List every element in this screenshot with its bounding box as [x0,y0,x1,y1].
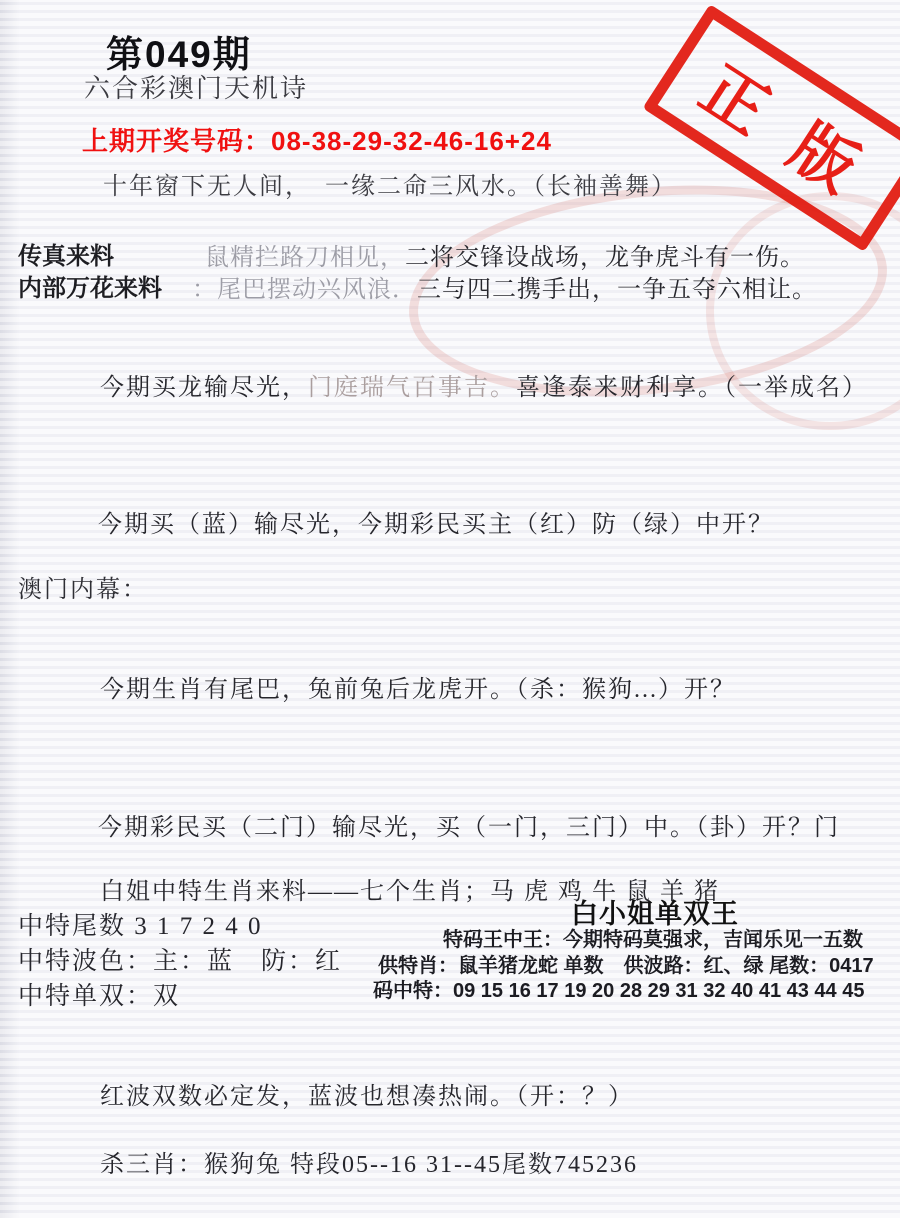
special-tail-numbers: 中特尾数 3 1 7 2 4 0 [18,906,263,942]
special-odd-even: 中特单双：双 [18,976,180,1012]
special-wave-color: 中特波色：主：蓝 防：红 [18,941,342,977]
tip-dragon-faded: 门庭瑞气百事吉。 [308,375,516,401]
internal-material-label: 内部万花来料 [18,268,162,303]
tip-color-line: 今期买（蓝）输尽光，今期彩民买主（红）防（绿）中开？ [98,504,774,539]
internal-text-faded-part: ：尾巴摆动兴风浪． [192,277,417,303]
tip-dragon-a: 今期买龙输尽光， [100,375,308,401]
internal-text-clear-part: 三与四二携手出，一争五夺六相让。 [417,277,817,303]
tip-zodiac-line: 今期生肖有尾巴，兔前兔后龙虎开。（杀：猴狗...）开？ [100,669,736,704]
heavenly-poem-line: 十年窗下无人间， 一缘二命三风水。（长袖善舞） [103,166,677,201]
last-draw-numbers: 上期开奖号码：08-38-29-32-46-16+24 [82,121,552,158]
special-code-king-line: 特码王中王：今期特码莫强求，吉闻乐见一五数 [443,923,863,952]
fax-material-label: 传真来料 [18,236,114,271]
tip-dragon-b: 喜逢泰来财利享。（一举成名） [516,375,868,401]
code-hits-line: 码中特：09 15 16 17 19 20 28 29 31 32 40 41 … [373,974,864,1003]
fax-text-clear-part: 二将交锋设战场，龙争虎斗有一伤。 [405,245,805,271]
lottery-flyer-page: 第049期 六合彩澳门天机诗 上期开奖号码：08-38-29-32-46-16+… [0,0,900,1218]
tip-red-wave-line: 红波双数必定发，蓝波也想凑热闹。（开：？） [100,1076,634,1111]
tip-kill-three-zodiac-line: 杀三肖：猴狗兔 特段05--16 31--45尾数745236 [100,1144,638,1179]
macau-insider-label: 澳门内幕： [18,569,148,604]
fax-text-faded-part: 鼠精拦路刀相见， [205,245,405,271]
fax-material-text: 鼠精拦路刀相见，二将交锋设战场，龙争虎斗有一伤。 [205,237,805,272]
flyer-subtitle: 六合彩澳门天机诗 [84,68,308,105]
internal-material-text: ：尾巴摆动兴风浪．三与四二携手出，一争五夺六相让。 [192,269,817,304]
tip-door-line: 今期彩民买（二门）输尽光，买（一门，三门）中。（卦）开？门 [98,807,840,842]
tip-dragon-line: 今期买龙输尽光，门庭瑞气百事吉。喜逢泰来财利享。（一举成名） [100,367,868,402]
